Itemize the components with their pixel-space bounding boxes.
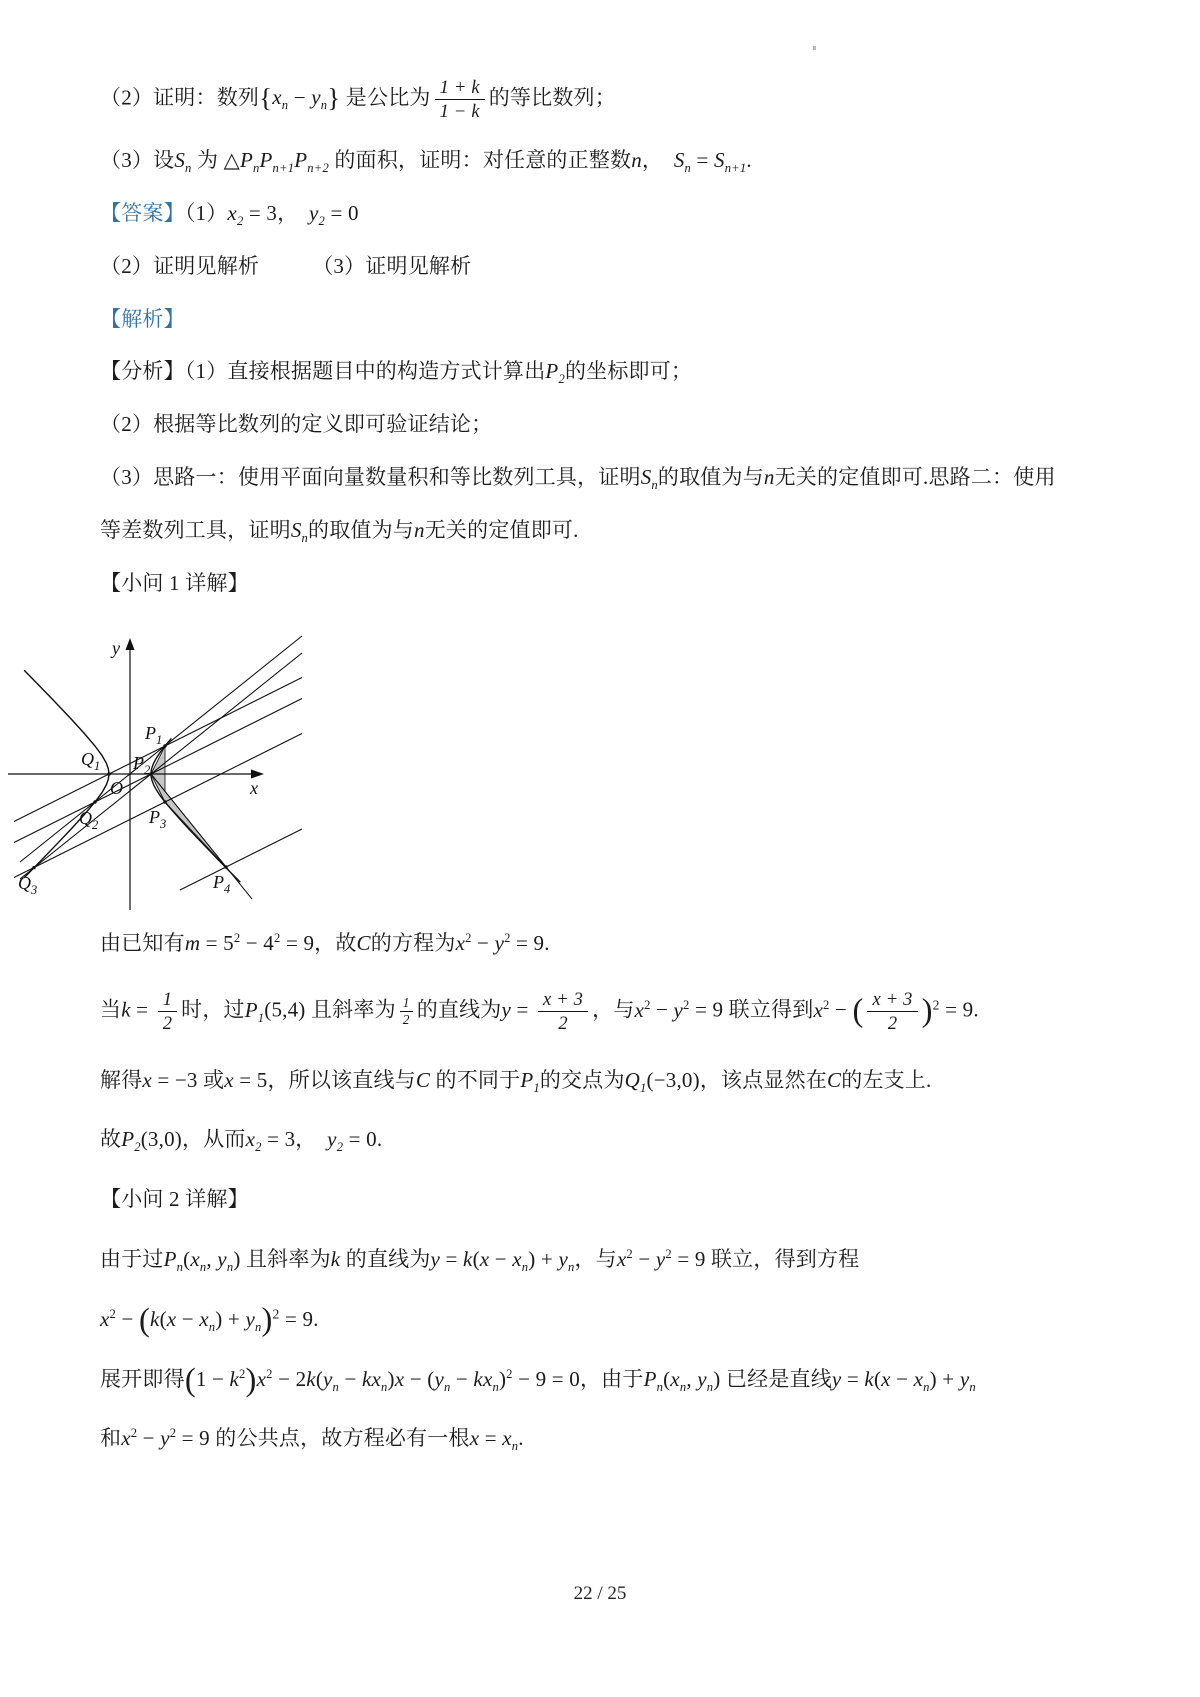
- text-run: )2: [499, 1367, 513, 1391]
- math-run: P1: [520, 1068, 540, 1092]
- paragraph: 当k = 12时，过P1(5,4) 且斜率为12的直线为y = x + 32，与…: [100, 988, 1110, 1035]
- math-run: xn: [199, 1307, 215, 1331]
- point-q3: [32, 865, 35, 868]
- text-run: 已经是直线: [720, 1367, 831, 1391]
- math-run: x: [224, 1068, 234, 1092]
- math-run: n: [631, 148, 642, 172]
- point-q2: [93, 800, 96, 803]
- paragraph: 【小问 1 详解】: [100, 569, 1110, 599]
- math-run: y2: [327, 1127, 343, 1151]
- text-run: }: [327, 83, 340, 113]
- text-run: = 9 联立，得到方程: [672, 1247, 860, 1271]
- math-run: n: [764, 465, 775, 489]
- math-run: x2: [456, 931, 472, 955]
- page-number: 22 / 25: [0, 1583, 1200, 1605]
- text-run: ,: [686, 1367, 697, 1391]
- text-run: （2）根据等比数列的定义即可验证结论；: [100, 412, 492, 436]
- text-run: (: [185, 1362, 196, 1398]
- text-run: 解得: [100, 1068, 142, 1092]
- text-run: +: [535, 1247, 558, 1271]
- text-run: .: [518, 1426, 523, 1450]
- secant-line-q1p1: [14, 677, 302, 821]
- math-run: y: [502, 998, 512, 1022]
- math-run: P2: [121, 1127, 141, 1151]
- text-run: .: [746, 148, 751, 172]
- text-run: 时，过: [181, 998, 245, 1022]
- text-run: = 3，: [262, 1127, 328, 1151]
- text-run: =: [479, 1426, 502, 1450]
- text-run: −: [472, 931, 495, 955]
- math-run: k: [121, 998, 131, 1022]
- math-run: Pn: [644, 1367, 664, 1391]
- point-label-p3: P3: [148, 807, 166, 831]
- text-run: 无关的定值即可.: [425, 518, 579, 542]
- text-run: = 0.: [343, 1127, 382, 1151]
- text-run: （3）设: [100, 148, 174, 172]
- math-run: x2: [246, 1127, 262, 1151]
- text-run: (: [473, 1247, 480, 1271]
- text-run: =: [841, 1367, 864, 1391]
- text-run: =: [131, 998, 154, 1022]
- text-run: 【分析】（1）直接根据题目中的构造方式计算出: [100, 359, 545, 383]
- text-run: = 9 的公共点，故方程必有一根: [176, 1426, 470, 1450]
- text-run: +: [222, 1307, 245, 1331]
- text-run: 【答案】: [100, 201, 185, 225]
- math-run: x: [167, 1307, 177, 1331]
- math-fraction: 12: [158, 988, 177, 1035]
- math-fraction: 1 + k1 − k: [435, 76, 485, 123]
- math-run: k: [331, 1247, 341, 1271]
- math-run: kxn: [473, 1367, 499, 1391]
- text-run: 的不同于: [430, 1068, 520, 1092]
- text-run: −: [137, 1426, 160, 1450]
- text-run: ，该点显然在: [700, 1068, 827, 1092]
- math-run: yn: [311, 85, 327, 109]
- y-axis-label: y: [110, 638, 120, 658]
- math-run: yn: [323, 1367, 339, 1391]
- math-run: Sn: [641, 465, 658, 489]
- chord-p2-p4-ext: [151, 774, 252, 899]
- math-run: y2: [160, 1426, 176, 1450]
- paragraph: （3）思路一：使用平面向量数量积和等比数列工具，证明Sn的取值为与n无关的定值即…: [100, 463, 1110, 493]
- math-run: x: [142, 1068, 152, 1092]
- paragraph: 解得x = −3 或x = 5，所以该直线与C 的不同于P1的交点为Q1(−3,…: [100, 1066, 1110, 1096]
- text-run: −: [116, 1307, 139, 1331]
- x-axis-label: x: [249, 778, 258, 798]
- math-run: x: [395, 1367, 405, 1391]
- math-run: x: [470, 1426, 480, 1450]
- paragraph: （2）根据等比数列的定义即可验证结论；: [100, 410, 1110, 440]
- math-run: xn: [190, 1247, 206, 1271]
- text-run: 故: [100, 1127, 121, 1151]
- math-run: xn: [914, 1367, 930, 1391]
- text-run: (: [139, 1302, 150, 1338]
- math-run: C: [827, 1068, 841, 1092]
- math-run: x2: [257, 1367, 273, 1391]
- paragraph: 【小问 2 详解】: [100, 1185, 1110, 1215]
- math-run: x2: [617, 1247, 633, 1271]
- text-run: (: [160, 1307, 167, 1331]
- paragraph: 【分析】（1）直接根据题目中的构造方式计算出P2的坐标即可；: [100, 357, 1110, 387]
- math-fraction: 12: [400, 995, 413, 1028]
- text-run: = 3: [243, 201, 277, 225]
- text-run: 的等比数列；: [489, 85, 616, 109]
- text-run: −: [829, 998, 852, 1022]
- text-run: ，: [642, 148, 674, 172]
- math-run: yn: [217, 1247, 233, 1271]
- text-run: =: [511, 998, 534, 1022]
- text-run: −: [651, 998, 674, 1022]
- math-run: x2: [121, 1426, 137, 1450]
- paragraph: x2 − (k(x − xn) + yn)2 = 9.: [100, 1305, 1110, 1335]
- text-run: (−3,0): [647, 1068, 700, 1092]
- figure-block: y x O P1 P2 P3 P4 Q1 Q2 Q3: [0, 622, 1200, 919]
- point-label-q2: Q2: [79, 808, 98, 832]
- text-run: −: [450, 1367, 473, 1391]
- text-run: −: [339, 1367, 362, 1391]
- math-run: n: [414, 518, 425, 542]
- paragraph: 故P2(3,0)，从而x2 = 3， y2 = 0.: [100, 1125, 1110, 1155]
- text-run: 无关的定值即可.思路二：使用: [775, 465, 1056, 489]
- text-run: −: [633, 1247, 656, 1271]
- text-run: 和: [100, 1426, 121, 1450]
- text-run: 【解析】: [100, 307, 185, 331]
- text-run: − 42: [240, 931, 280, 955]
- text-run: 的交点为: [540, 1068, 625, 1092]
- paragraph: 由已知有m = 52 − 42 = 9，故C的方程为x2 − y2 = 9.: [100, 929, 1110, 959]
- math-run: k2: [230, 1367, 246, 1391]
- paragraph: 展开即得(1 − k2)x2 − 2k(yn − kxn)x − (yn − k…: [100, 1365, 1110, 1395]
- math-run: x2: [635, 998, 651, 1022]
- text-run: 的直线为: [417, 998, 502, 1022]
- math-run: m: [185, 931, 200, 955]
- math-run: Pn: [164, 1247, 184, 1271]
- text-run: 且斜率为: [306, 998, 396, 1022]
- math-run: Sn: [174, 148, 191, 172]
- text-run: 等差数列工具，证明: [100, 518, 291, 542]
- math-run: k: [306, 1367, 316, 1391]
- math-run: k: [150, 1307, 160, 1331]
- solution-text-top: （2）证明：数列{xn − yn} 是公比为1 + k1 − k的等比数列；（3…: [100, 0, 1110, 599]
- chord-q3-p2: [20, 653, 302, 879]
- text-run: 的方程为: [371, 931, 456, 955]
- point-label-p1: P1: [144, 723, 162, 747]
- math-run: y2: [674, 998, 690, 1022]
- text-run: (3,0): [141, 1127, 182, 1151]
- text-run: 由已知有: [100, 931, 185, 955]
- paragraph: 【解析】: [100, 305, 1110, 335]
- hyperbola-figure: y x O P1 P2 P3 P4 Q1 Q2 Q3: [0, 622, 336, 914]
- point-label-p4: P4: [212, 872, 230, 896]
- text-run: 的取值为与: [308, 518, 414, 542]
- text-run: 是公比为: [340, 85, 430, 109]
- math-run: Pn: [240, 148, 260, 172]
- math-run: P2: [545, 359, 565, 383]
- text-run: ，与: [592, 998, 634, 1022]
- text-run: −: [288, 85, 311, 109]
- math-run: y2: [656, 1247, 672, 1271]
- math-run: C: [357, 931, 371, 955]
- text-run: （2）证明：数列: [100, 85, 259, 109]
- math-run: x2: [100, 1307, 116, 1331]
- math-run: Q1: [625, 1068, 647, 1092]
- text-run: = 5，所以该直线与: [234, 1068, 416, 1092]
- text-run: 为 △: [192, 148, 240, 172]
- text-run: ): [233, 1247, 240, 1271]
- point-p4: [224, 865, 227, 868]
- text-run: = 9.: [511, 931, 550, 955]
- text-run: 由于过: [100, 1247, 164, 1271]
- text-run: (: [852, 993, 863, 1029]
- origin-label: O: [110, 778, 123, 798]
- text-run: 的左支上.: [841, 1068, 931, 1092]
- text-run: +: [937, 1367, 960, 1391]
- text-run: ): [930, 1367, 937, 1391]
- paragraph: 和x2 − y2 = 9 的公共点，故方程必有一根x = xn.: [100, 1424, 1110, 1454]
- paragraph: 等差数列工具，证明Sn的取值为与n无关的定值即可.: [100, 516, 1110, 546]
- math-run: P1: [245, 998, 265, 1022]
- text-run: 【小问 1 详解】: [100, 571, 249, 595]
- math-run: x: [881, 1367, 891, 1391]
- text-run: = 9 联立得到: [690, 998, 814, 1022]
- text-run: （2）证明见解析 （3）证明见解析: [100, 254, 471, 278]
- math-run: xn: [272, 85, 288, 109]
- math-run: Sn+1: [714, 148, 746, 172]
- text-run: 的坐标即可；: [565, 359, 692, 383]
- text-run: (5,4): [264, 998, 305, 1022]
- text-run: − 9 = 0，由于: [513, 1367, 644, 1391]
- solution-text-bottom: 由已知有m = 52 − 42 = 9，故C的方程为x2 − y2 = 9.当k…: [100, 929, 1110, 1455]
- text-run: −: [176, 1307, 199, 1331]
- point-label-q1: Q1: [81, 749, 100, 773]
- math-run: k: [463, 1247, 473, 1271]
- text-run: 的取值为与: [658, 465, 764, 489]
- math-run: Sn: [291, 518, 308, 542]
- text-run: ): [246, 1362, 257, 1398]
- math-run: yn: [434, 1367, 450, 1391]
- paragraph: （2）证明见解析 （3）证明见解析: [100, 252, 1110, 282]
- point-q1: [107, 772, 110, 775]
- y-axis-arrow-icon: [126, 638, 135, 650]
- text-run: )2: [261, 1302, 279, 1338]
- text-run: =: [440, 1247, 463, 1271]
- text-run: = 52: [200, 931, 240, 955]
- text-run: = 0: [325, 201, 359, 225]
- text-run: ): [388, 1367, 395, 1391]
- math-run: yn: [245, 1307, 261, 1331]
- math-run: k: [864, 1367, 874, 1391]
- point-p1: [163, 744, 166, 747]
- text-run: ，与: [574, 1247, 616, 1271]
- math-run: x: [480, 1247, 490, 1271]
- point-label-q3: Q3: [18, 873, 37, 897]
- paragraph: （3）设Sn 为 △PnPn+1Pn+2 的面积，证明：对任意的正整数n， Sn…: [100, 146, 1110, 176]
- text-run: 1 −: [196, 1367, 230, 1391]
- text-run: （3）思路一：使用平面向量数量积和等比数列工具，证明: [100, 465, 641, 489]
- math-run: xn: [502, 1426, 518, 1450]
- text-run: 当: [100, 998, 121, 1022]
- math-run: yn: [558, 1247, 574, 1271]
- point-p3: [163, 800, 166, 803]
- math-fraction: x + 32: [538, 988, 588, 1035]
- text-run: = 9.: [940, 998, 979, 1022]
- math-run: xn: [670, 1367, 686, 1391]
- math-fraction: x + 32: [867, 988, 917, 1035]
- text-run: = 9.: [280, 1307, 319, 1331]
- paragraph: 由于过Pn(xn, yn) 且斜率为k 的直线为y = k(x − xn) + …: [100, 1245, 1110, 1275]
- text-run: ,: [206, 1247, 217, 1271]
- math-run: x2: [813, 998, 829, 1022]
- math-run: Sn: [674, 148, 691, 172]
- text-run: −: [404, 1367, 427, 1391]
- math-run: yn: [697, 1367, 713, 1391]
- text-run: = 9，故: [281, 931, 357, 955]
- text-run: =: [691, 148, 714, 172]
- math-run: yn: [960, 1367, 976, 1391]
- text-run: 的直线为: [340, 1247, 430, 1271]
- text-run: (: [316, 1367, 323, 1391]
- math-run: x2: [227, 201, 243, 225]
- text-run: −: [489, 1247, 512, 1271]
- text-run: )2: [922, 993, 940, 1029]
- document-page: （2）证明：数列{xn − yn} 是公比为1 + k1 − k的等比数列；（3…: [0, 0, 1200, 1697]
- text-run: 展开即得: [100, 1367, 185, 1391]
- math-run: y2: [495, 931, 511, 955]
- math-run: y2: [309, 201, 325, 225]
- text-run: {: [259, 83, 272, 113]
- text-run: 【小问 2 详解】: [100, 1187, 249, 1211]
- math-run: xn: [512, 1247, 528, 1271]
- text-run: 且斜率为: [241, 1247, 331, 1271]
- text-run: （1）: [185, 201, 228, 225]
- text-run: ，从而: [182, 1127, 246, 1151]
- text-run: = −3 或: [152, 1068, 224, 1092]
- math-run: y: [431, 1247, 441, 1271]
- math-run: Pn+2: [294, 148, 329, 172]
- text-run: −: [891, 1367, 914, 1391]
- text-run: − 2: [273, 1367, 307, 1391]
- math-run: Pn+1: [260, 148, 295, 172]
- math-run: kxn: [362, 1367, 388, 1391]
- math-run: C: [416, 1068, 430, 1092]
- paragraph: （2）证明：数列{xn − yn} 是公比为1 + k1 − k的等比数列；: [100, 76, 1110, 123]
- text-run: ，: [277, 201, 309, 225]
- paragraph: 【答案】（1）x2 = 3， y2 = 0: [100, 199, 1110, 229]
- text-run: 的面积，证明：对任意的正整数: [329, 148, 631, 172]
